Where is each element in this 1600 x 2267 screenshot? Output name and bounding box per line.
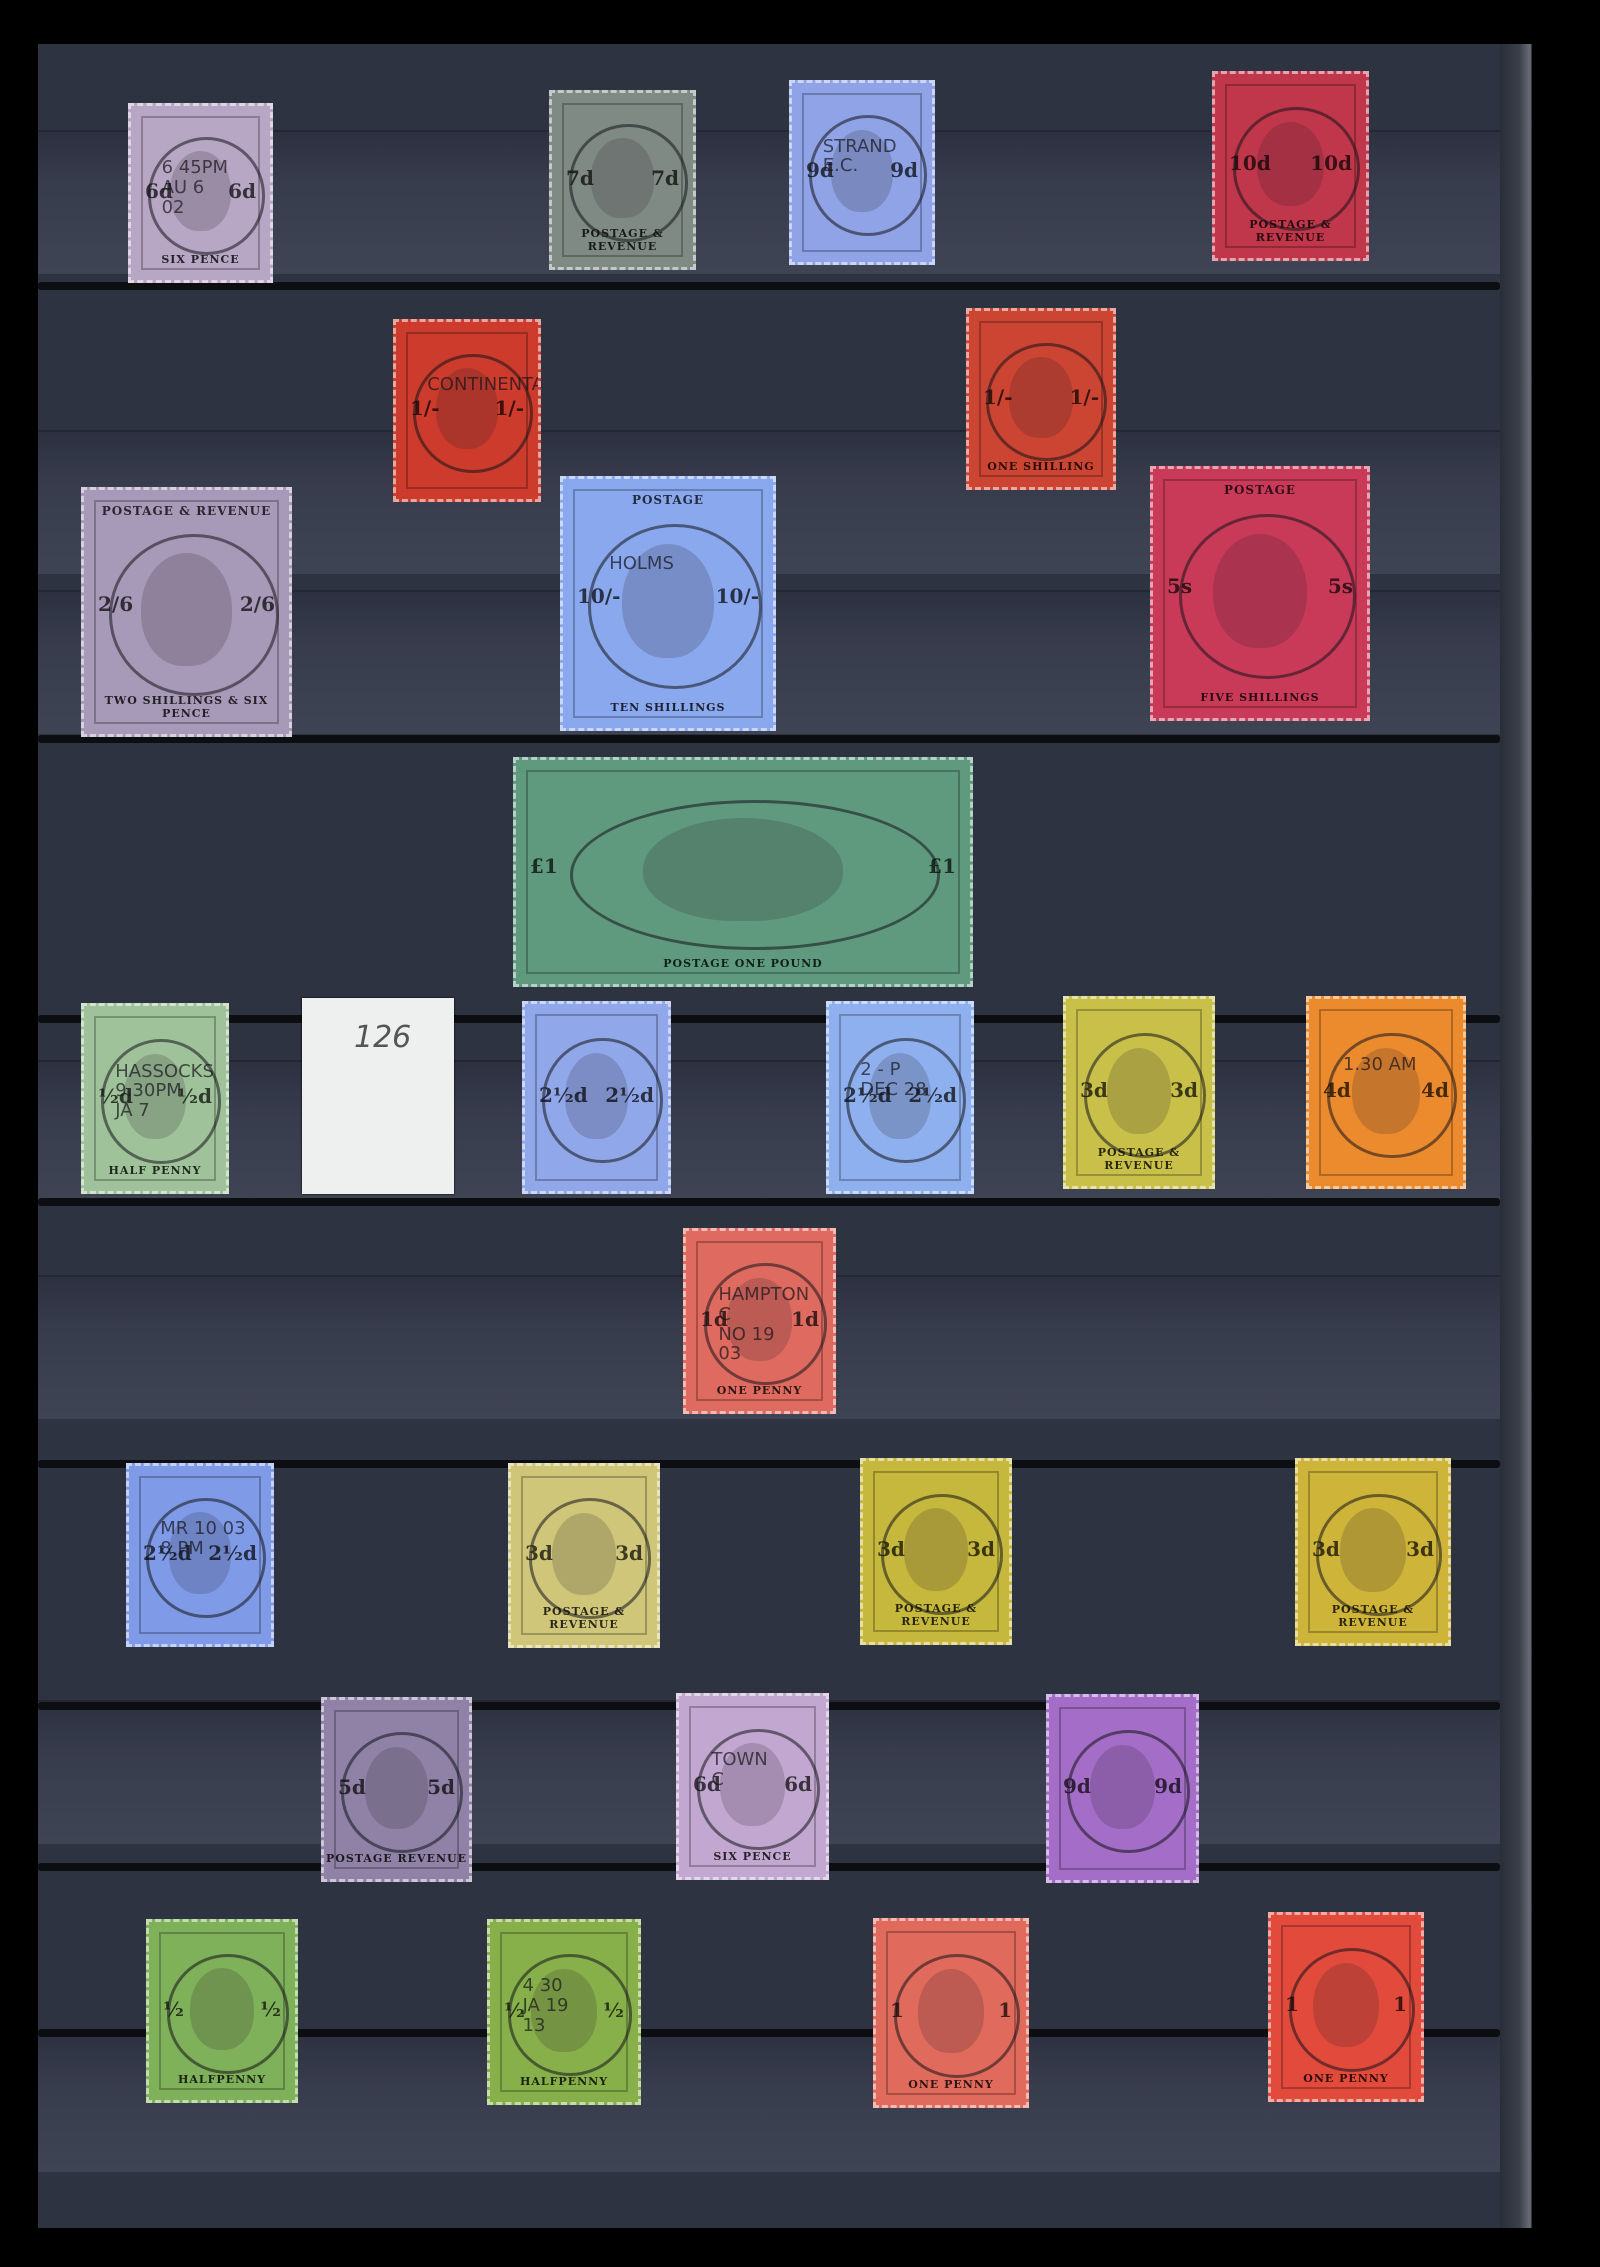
stamp-s21: 5d5dPOSTAGE REVENUE xyxy=(321,1697,472,1882)
postmark-cancel-icon xyxy=(542,1038,662,1164)
stamp-top-text: POSTAGE xyxy=(563,493,773,507)
stamp-s9: 5s5sPOSTAGEFIVE SHILLINGS xyxy=(1150,466,1370,721)
postmark-cancel-icon xyxy=(1067,1730,1191,1853)
stamp-s5: 1/-1/-CONTINENTAL xyxy=(393,319,541,502)
stamp-bottom-text: ONE PENNY xyxy=(1271,2072,1421,2085)
stamp-s2: 7d7dPOSTAGE & REVENUE xyxy=(549,90,696,270)
stamp-bottom-text: HALFPENNY xyxy=(490,2075,638,2088)
page-number-text: 126 xyxy=(354,1020,411,1055)
postmark-cancel-icon xyxy=(569,124,688,241)
postmark-cancel-icon xyxy=(1233,107,1360,231)
stamp-s26: 11ONE PENNY xyxy=(873,1918,1029,2108)
postmark-text: MR 10 03 8 PM xyxy=(160,1519,245,1559)
postmark-text: 6 45PM AU 6 02 xyxy=(162,158,228,217)
stamp-bottom-text: HALFPENNY xyxy=(149,2073,295,2086)
postmark-cancel-icon xyxy=(109,534,279,696)
postmark-cancel-icon xyxy=(846,1038,966,1164)
postmark-text: HASSOCKS 9.30PM JA 7 xyxy=(115,1062,214,1121)
postmark-cancel-icon xyxy=(1327,1033,1456,1159)
stamp-bottom-text: HALF PENNY xyxy=(84,1164,226,1177)
stamp-s14: 3d3dPOSTAGE & REVENUE xyxy=(1063,996,1215,1189)
strip-divider xyxy=(38,282,1500,290)
stamp-bottom-text: ONE SHILLING xyxy=(969,460,1113,473)
postmark-cancel-icon xyxy=(588,524,762,689)
stamp-top-text: POSTAGE & REVENUE xyxy=(84,504,289,518)
stamp-bottom-text: SIX PENCE xyxy=(131,253,270,266)
stamp-s10: £1£1POSTAGE ONE POUND xyxy=(513,757,973,987)
stamp-s1: 6d6dSIX PENCE6 45PM AU 6 02 xyxy=(128,103,273,283)
stamp-bottom-text: POSTAGE ONE POUND xyxy=(516,957,970,970)
postmark-cancel-icon xyxy=(986,343,1107,462)
stamp-s25: ½½HALFPENNY4 30 JA 19 13 xyxy=(487,1919,641,2105)
stamp-s15: 4d4d1.30 AM xyxy=(1306,996,1466,1189)
postmark-cancel-icon xyxy=(1084,1033,1207,1159)
stamp-s7: 2/62/6POSTAGE & REVENUETWO SHILLINGS & S… xyxy=(81,487,292,737)
stamp-s13: 2½d2½d2 - P DEC 28 xyxy=(826,1001,974,1194)
stamp-s12: 2½d2½d xyxy=(522,1001,671,1194)
stamp-s3: 9d9dSTRAND E.C. xyxy=(789,80,935,265)
strip-divider xyxy=(38,1015,1500,1023)
stamp-bottom-text: ONE PENNY xyxy=(876,2078,1026,2091)
postmark-cancel-icon xyxy=(341,1732,463,1853)
stamp-s16: 1d1dONE PENNYHAMPTON C NO 19 03 xyxy=(683,1228,836,1414)
postmark-text: 1.30 AM xyxy=(1343,1055,1417,1075)
postmark-text: CONTINENTAL xyxy=(427,375,541,395)
postmark-cancel-icon xyxy=(413,354,533,473)
postmark-cancel-icon xyxy=(529,1498,652,1619)
postmark-cancel-icon xyxy=(167,1954,290,2074)
postmark-text: 2 - P DEC 28 xyxy=(860,1060,926,1100)
postmark-text: TOWN C xyxy=(711,1750,767,1790)
postmark-cancel-icon xyxy=(1289,1948,1415,2072)
stamp-s8: 10/-10/-POSTAGETEN SHILLINGSHOLMS xyxy=(560,476,776,731)
stamp-s6: 1/-1/-ONE SHILLING xyxy=(966,308,1116,490)
stamp-bottom-text: FIVE SHILLINGS xyxy=(1153,691,1367,704)
stamp-s20: 3d3dPOSTAGE & REVENUE xyxy=(1295,1458,1451,1646)
stamp-top-text: POSTAGE xyxy=(1153,483,1367,497)
stamp-bottom-text: TWO SHILLINGS & SIX PENCE xyxy=(84,694,289,720)
stamp-s17: 2½d2½dMR 10 03 8 PM xyxy=(126,1463,274,1647)
postmark-cancel-icon xyxy=(894,1954,1020,2078)
stamp-s27: 11ONE PENNY xyxy=(1268,1912,1424,2102)
postmark-cancel-icon xyxy=(1316,1494,1442,1616)
postmark-text: STRAND E.C. xyxy=(823,137,897,177)
stamp-s22: 6d6dSIX PENCETOWN C xyxy=(676,1693,829,1880)
postmark-text: HOLMS xyxy=(609,554,674,574)
stamp-s23: 9d9d xyxy=(1046,1694,1199,1883)
page-number-note: 126 xyxy=(302,998,454,1194)
strip-divider xyxy=(38,1198,1500,1206)
postmark-text: HAMPTON C NO 19 03 xyxy=(718,1285,809,1364)
page-binding-edge xyxy=(1500,44,1532,2228)
stamp-bottom-text: TEN SHILLINGS xyxy=(563,701,773,714)
stamp-s11: ½d½dHALF PENNYHASSOCKS 9.30PM JA 7 xyxy=(81,1003,229,1194)
stamp-bottom-text: ONE PENNY xyxy=(686,1384,833,1397)
stamp-denomination: £1 xyxy=(530,854,558,878)
stamp-s19: 3d3dPOSTAGE & REVENUE xyxy=(860,1458,1012,1645)
postmark-cancel-icon xyxy=(881,1494,1004,1616)
stamp-s18: 3d3dPOSTAGE & REVENUE xyxy=(508,1463,660,1648)
stockbook-strip xyxy=(38,1060,1500,1204)
postmark-cancel-icon xyxy=(1179,514,1356,679)
stamp-s24: ½½HALFPENNY xyxy=(146,1919,298,2103)
stamp-bottom-text: SIX PENCE xyxy=(679,1850,826,1863)
postmark-cancel-icon xyxy=(570,800,939,949)
postmark-text: 4 30 JA 19 13 xyxy=(523,1976,569,2035)
stamp-s4: 10d10dPOSTAGE & REVENUE xyxy=(1212,71,1369,261)
stamp-bottom-text: POSTAGE REVENUE xyxy=(324,1852,469,1865)
